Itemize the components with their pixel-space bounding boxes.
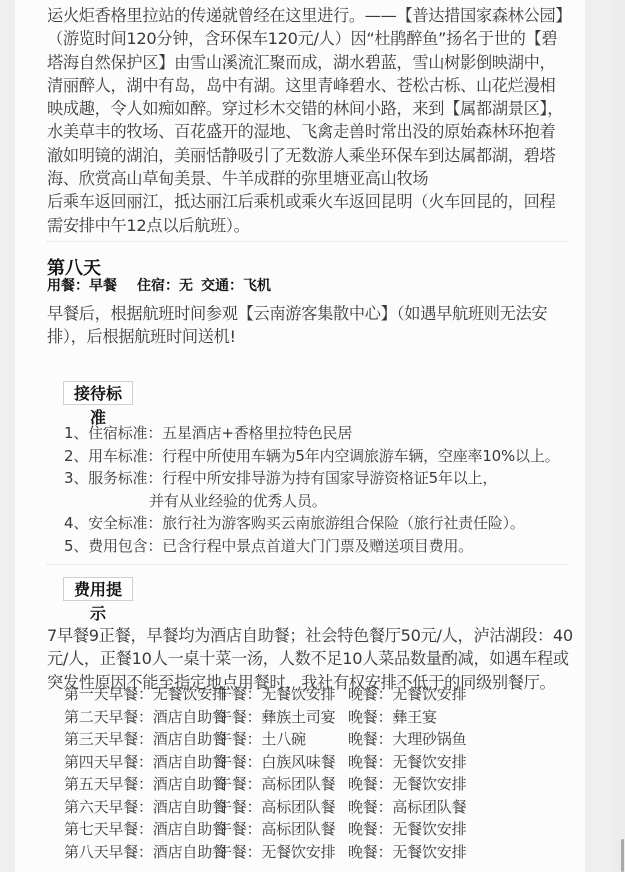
reception-standard-list: 1、住宿标准：五星酒店+香格里拉特色民居 2、用车标准：行程中所使用车辆为5年内… xyxy=(64,422,574,558)
meal-dinner: 晚餐：彝王宴 xyxy=(348,706,437,729)
meal-schedule: 第一天早餐：无餐饮安排午餐：无餐饮安排晚餐：无餐饮安排 第二天早餐：酒店自助餐午… xyxy=(64,683,466,863)
standard-text: 并有从业经验的优秀人员。 xyxy=(149,490,327,513)
day7-description-text: 运火炬香格里拉站的传递就曾经在这里进行。——【普达措国家森林公园】（游览时间12… xyxy=(47,6,563,188)
meal-breakfast: 第七天早餐：酒店自助餐 xyxy=(64,818,217,841)
standard-label: 服务标准： xyxy=(88,467,162,490)
meal-dinner: 晚餐：大理砂锅鱼 xyxy=(348,728,466,751)
day8-meal: 用餐：早餐 xyxy=(47,275,137,295)
scrollbar-thumb[interactable] xyxy=(621,839,624,872)
standard-item-continuation: 并有从业经验的优秀人员。 xyxy=(64,490,574,513)
meal-row: 第三天早餐：酒店自助餐午餐：土八碗晚餐：大理砂锅鱼 xyxy=(64,728,466,751)
standard-text: 五星酒店+香格里拉特色民居 xyxy=(162,422,352,445)
meal-lunch: 午餐：白族风味餐 xyxy=(217,751,348,774)
meal-lunch: 午餐：高标团队餐 xyxy=(217,773,348,796)
meal-breakfast: 第一天早餐：无餐饮安排 xyxy=(64,683,217,706)
standard-item: 5、费用包含：已含行程中景点首道大门门票及赠送项目费用。 xyxy=(64,535,574,558)
standard-label: 住宿标准： xyxy=(88,422,162,445)
itinerary-page: 运火炬香格里拉站的传递就曾经在这里进行。——【普达措国家森林公园】（游览时间12… xyxy=(15,0,585,872)
vertical-scrollbar[interactable] xyxy=(613,0,625,872)
reception-standard-tag: 接待标准 xyxy=(63,381,133,405)
standard-number: 3、 xyxy=(64,467,88,490)
meal-dinner: 晚餐：无餐饮安排 xyxy=(348,818,466,841)
day8-description: 早餐后，根据航班时间参观【云南游客集散中心】（如遇早航班则无法安排），后根据航班… xyxy=(47,302,571,349)
standard-text: 旅行社为游客购买云南旅游组合保险（旅行社责任险）。 xyxy=(162,512,525,535)
meal-dinner: 晚餐：高标团队餐 xyxy=(348,796,466,819)
standard-label: 费用包含： xyxy=(88,535,162,558)
standard-item: 1、住宿标准：五星酒店+香格里拉特色民居 xyxy=(64,422,574,445)
standard-number: 1、 xyxy=(64,422,88,445)
day7-return-text: 后乘车返回丽江，抵达丽江后乘机或乘火车返回昆明（火车回昆的，回程需安排中午12点… xyxy=(47,192,555,234)
meal-dinner: 晚餐：无餐饮安排 xyxy=(348,841,466,864)
day8-transport: 交通：飞机 xyxy=(201,275,271,295)
meal-lunch: 午餐：高标团队餐 xyxy=(217,818,348,841)
meal-row: 第六天早餐：酒店自助餐午餐：高标团队餐晚餐：高标团队餐 xyxy=(64,796,466,819)
meal-lunch: 午餐：彝族土司宴 xyxy=(217,706,348,729)
standard-item: 2、用车标准：行程中所使用车辆为5年内空调旅游车辆，空座率10%以上。 xyxy=(64,445,574,468)
standard-item: 4、安全标准：旅行社为游客购买云南旅游组合保险（旅行社责任险）。 xyxy=(64,512,574,535)
meal-lunch: 午餐：高标团队餐 xyxy=(217,796,348,819)
meal-row: 第八天早餐：酒店自助餐午餐：无餐饮安排晚餐：无餐饮安排 xyxy=(64,841,466,864)
meal-row: 第四天早餐：酒店自助餐午餐：白族风味餐晚餐：无餐饮安排 xyxy=(64,751,466,774)
meal-dinner: 晚餐：无餐饮安排 xyxy=(348,683,466,706)
standard-text: 行程中所使用车辆为5年内空调旅游车辆，空座率10%以上。 xyxy=(162,445,559,468)
standard-number: 4、 xyxy=(64,512,88,535)
meal-row: 第五天早餐：酒店自助餐午餐：高标团队餐晚餐：无餐饮安排 xyxy=(64,773,466,796)
standard-number: 5、 xyxy=(64,535,88,558)
day8-meta: 用餐：早餐 住宿：无 交通：飞机 xyxy=(47,275,271,295)
meal-row: 第二天早餐：酒店自助餐午餐：彝族土司宴晚餐：彝王宴 xyxy=(64,706,466,729)
meal-breakfast: 第四天早餐：酒店自助餐 xyxy=(64,751,217,774)
standard-label: 安全标准： xyxy=(88,512,162,535)
meal-breakfast: 第八天早餐：酒店自助餐 xyxy=(64,841,217,864)
meal-breakfast: 第五天早餐：酒店自助餐 xyxy=(64,773,217,796)
standard-number: 2、 xyxy=(64,445,88,468)
meal-dinner: 晚餐：无餐饮安排 xyxy=(348,773,466,796)
section-divider xyxy=(47,564,567,565)
meal-breakfast: 第三天早餐：酒店自助餐 xyxy=(64,728,217,751)
meal-lunch: 午餐：无餐饮安排 xyxy=(217,683,348,706)
day8-hotel: 住宿：无 xyxy=(137,275,201,295)
meal-lunch: 午餐：无餐饮安排 xyxy=(217,841,348,864)
meal-dinner: 晚餐：无餐饮安排 xyxy=(348,751,466,774)
meal-breakfast: 第二天早餐：酒店自助餐 xyxy=(64,706,217,729)
meal-row: 第一天早餐：无餐饮安排午餐：无餐饮安排晚餐：无餐饮安排 xyxy=(64,683,466,706)
fee-notice-tag: 费用提示 xyxy=(63,577,133,601)
section-divider xyxy=(47,241,567,242)
day7-description: 运火炬香格里拉站的传递就曾经在这里进行。——【普达措国家森林公园】（游览时间12… xyxy=(47,4,571,237)
standard-item: 3、服务标准：行程中所安排导游为持有国家导游资格证5年以上， xyxy=(64,467,574,490)
meal-lunch: 午餐：土八碗 xyxy=(217,728,348,751)
meal-breakfast: 第六天早餐：酒店自助餐 xyxy=(64,796,217,819)
standard-label: 用车标准： xyxy=(88,445,162,468)
standard-text: 行程中所安排导游为持有国家导游资格证5年以上， xyxy=(162,467,497,490)
meal-row: 第七天早餐：酒店自助餐午餐：高标团队餐晚餐：无餐饮安排 xyxy=(64,818,466,841)
standard-text: 已含行程中景点首道大门门票及赠送项目费用。 xyxy=(162,535,473,558)
